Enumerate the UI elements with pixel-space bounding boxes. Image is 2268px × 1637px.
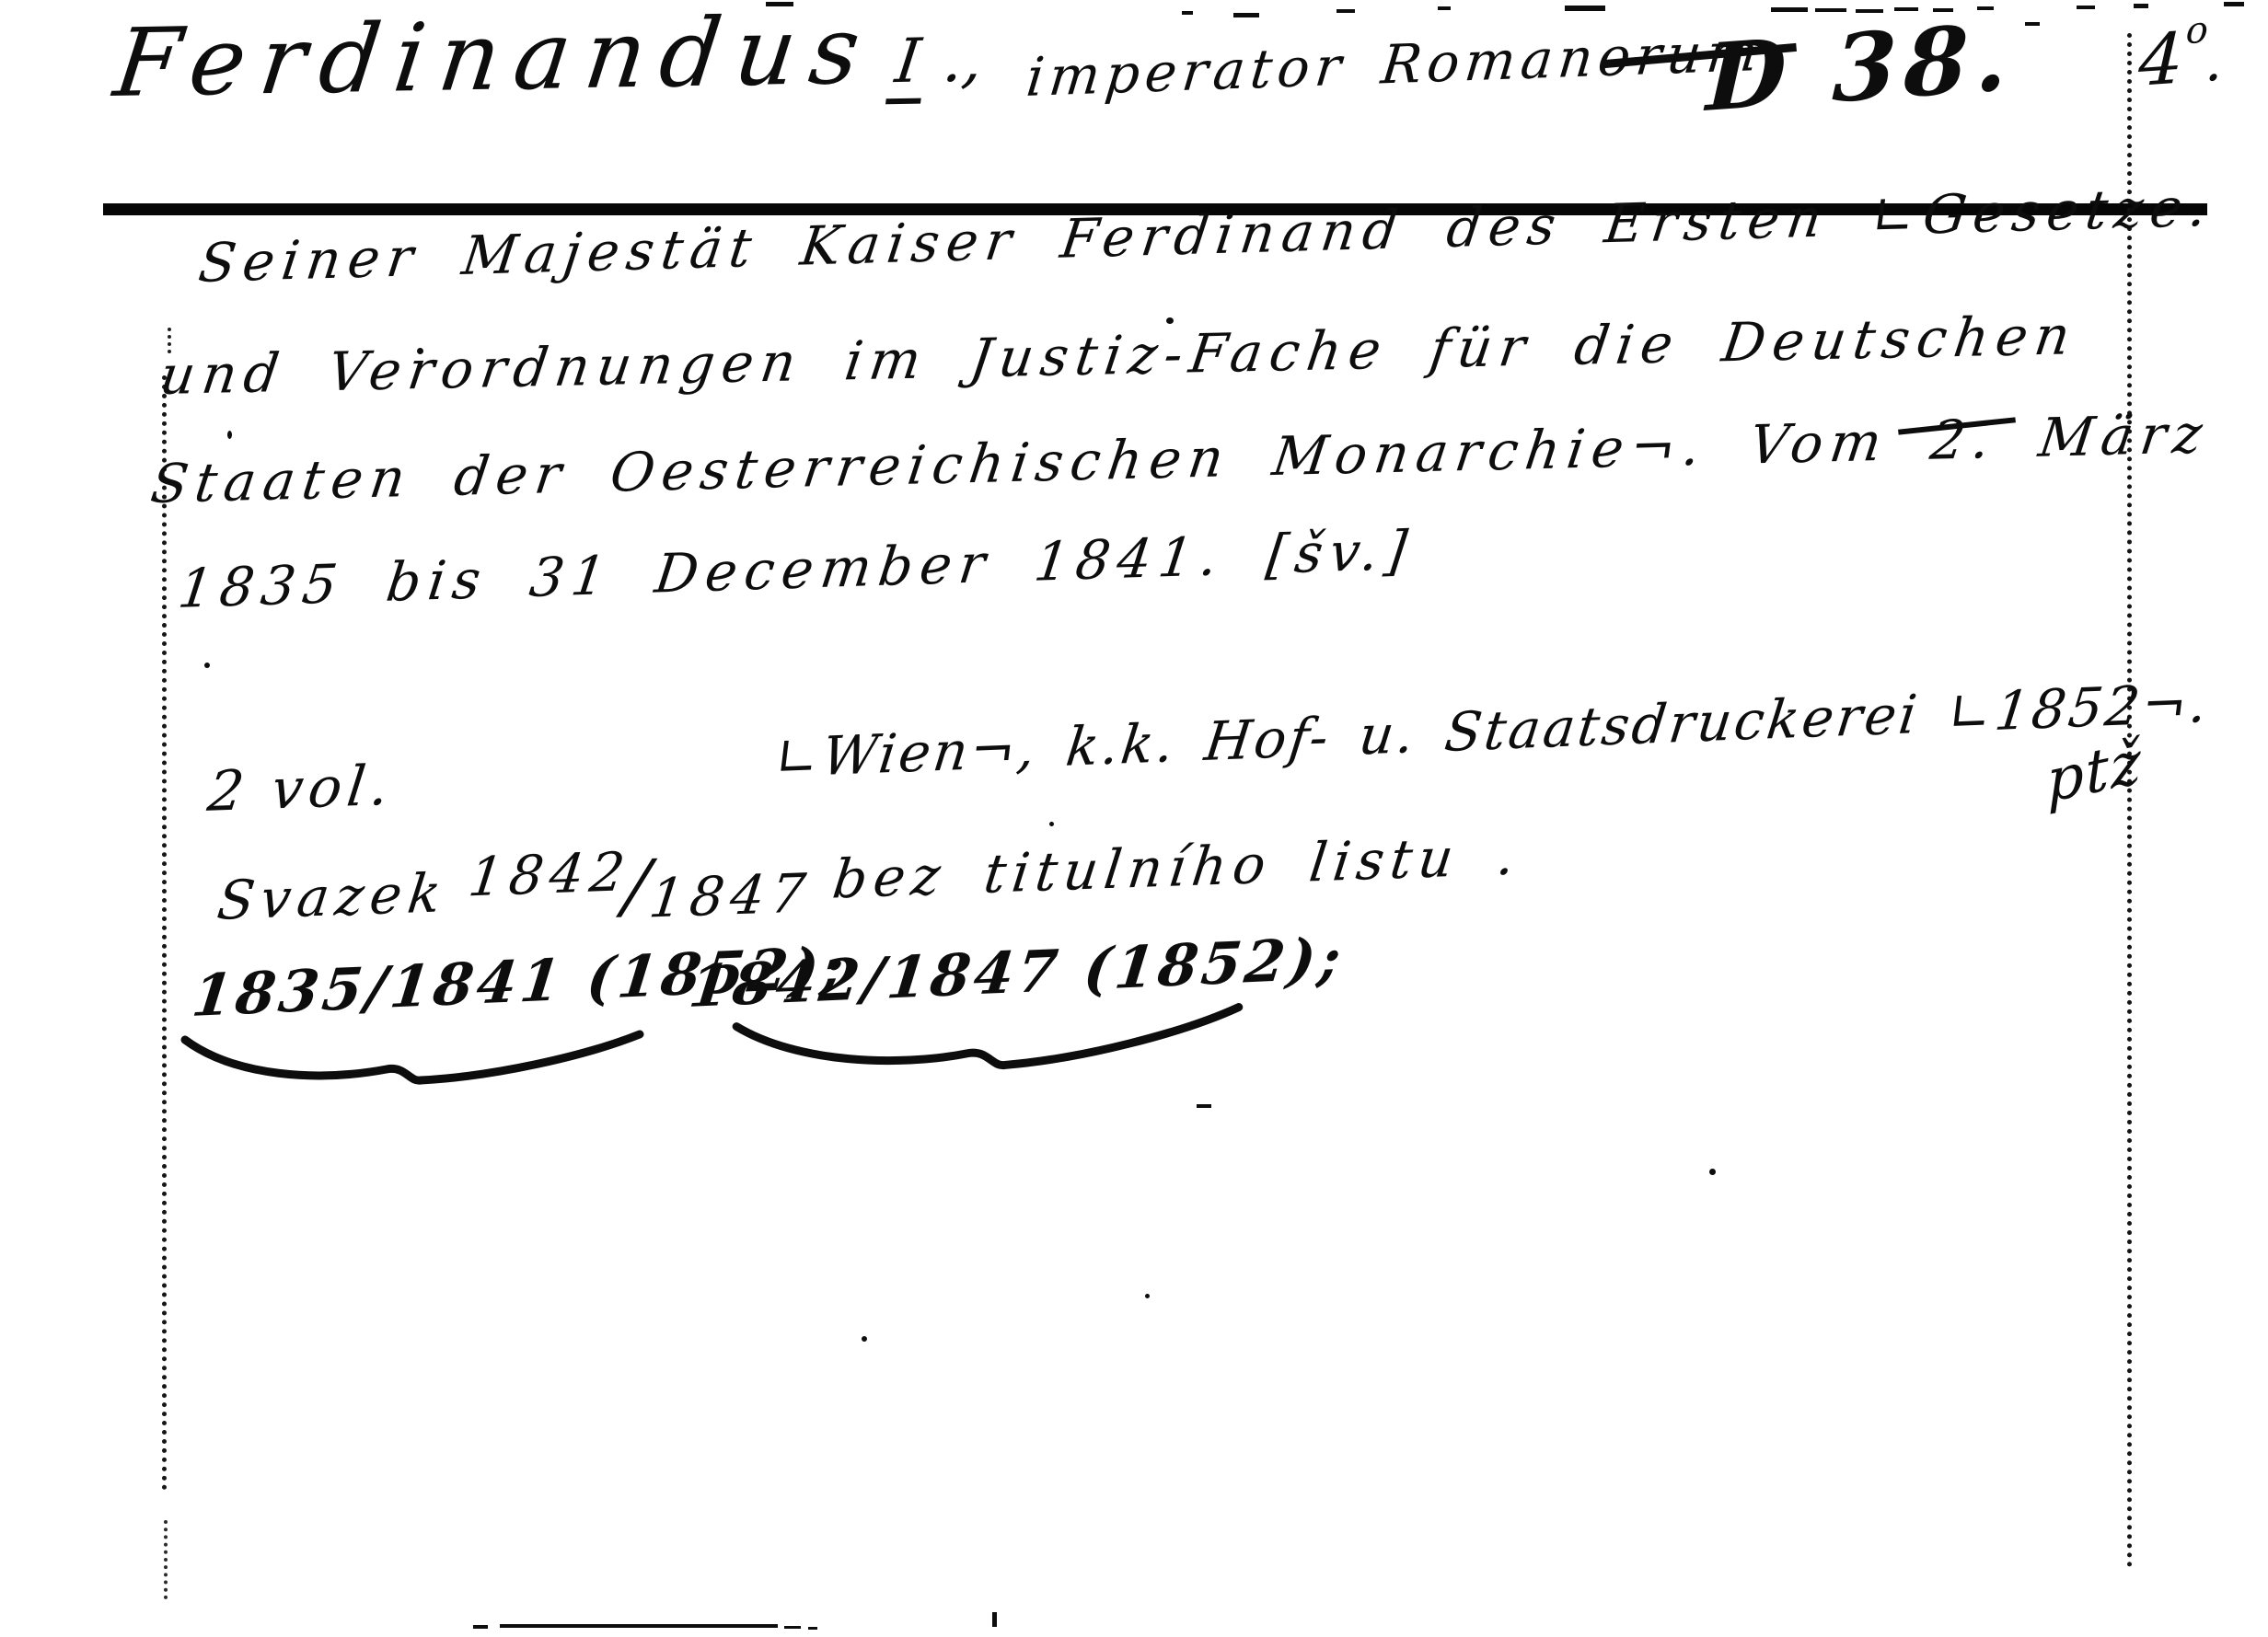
bottom-dash <box>808 1627 817 1630</box>
scan-noise-dash <box>1815 8 1846 12</box>
ink-speck <box>1049 822 1054 826</box>
extent-statement: 2 vol. <box>204 754 398 824</box>
scan-noise-dash <box>1565 6 1605 11</box>
title-transcription-line-3: Staaten der Oesterreichischen Monarchie¬… <box>147 402 2213 515</box>
scan-noise-dash <box>2077 6 2095 9</box>
scan-noise-dash <box>2025 22 2040 26</box>
scan-noise-dash <box>1233 13 1259 17</box>
title-transcription-line-2: und Verordnungen im Justiz-Fache für die… <box>156 304 2081 407</box>
author-epithet: imperator Romanorum <box>1024 20 1766 109</box>
note-suffix: bez titulního listu . <box>829 824 1524 910</box>
scan-noise-dash <box>1336 9 1355 13</box>
heading-author-title: FerdinandusI., <box>109 0 990 119</box>
title-transcription-line-4: 1835 bis 31 December 1841. [šv.] <box>175 519 1417 620</box>
scan-noise-dash <box>2224 2 2244 6</box>
scan-noise-dash <box>1182 11 1193 15</box>
note-range-end: 1847 <box>646 861 816 929</box>
ink-speck <box>204 663 210 668</box>
author-punct: ., <box>940 24 987 96</box>
ink-dash <box>1197 1104 1211 1108</box>
scan-noise-dash <box>2134 4 2148 8</box>
scan-noise-dash <box>1438 6 1451 10</box>
publication-statement: ∟Wien¬, k.k. Hof- u. Staatsdruckerei ∟18… <box>771 672 2213 790</box>
author-numeral: I <box>885 25 931 104</box>
note-range-start: 1842 <box>465 840 634 908</box>
ink-speck <box>417 348 423 354</box>
bottom-dash <box>784 1626 801 1629</box>
bottom-tick <box>992 1612 997 1627</box>
bottom-dash <box>473 1625 488 1629</box>
shelfmark: D 38. <box>1705 2 2017 133</box>
title-transcription-line-1: Seiner Majestät Kaiser Ferdinand des Ers… <box>195 176 2217 294</box>
czech-note: Svazek1842/1847bez titulního listu . <box>214 808 1527 936</box>
author-name: Ferdinandus <box>109 0 880 119</box>
ink-speck <box>862 1336 867 1342</box>
left-margin-dotted-line <box>162 375 167 1491</box>
ink-speck <box>1145 1294 1150 1298</box>
note-prefix: Svazek <box>214 861 450 932</box>
ink-speck <box>1709 1169 1716 1175</box>
left-margin-dotted-line-bottom <box>164 1520 168 1599</box>
ink-speck <box>1166 317 1174 324</box>
underline-brace-1 <box>179 1029 649 1095</box>
catalog-card: FerdinandusI., imperator Romanorum D 38.… <box>0 0 2268 1637</box>
bottom-rule-fragment <box>500 1624 778 1628</box>
format-mark: 4o. <box>2137 14 2224 102</box>
scan-noise-dash <box>1771 7 1808 12</box>
format-digit: 4 <box>2137 17 2184 102</box>
ink-speck <box>227 431 232 439</box>
right-margin-dotted-line <box>2127 33 2132 1568</box>
format-ordinal: o <box>2185 8 2209 52</box>
